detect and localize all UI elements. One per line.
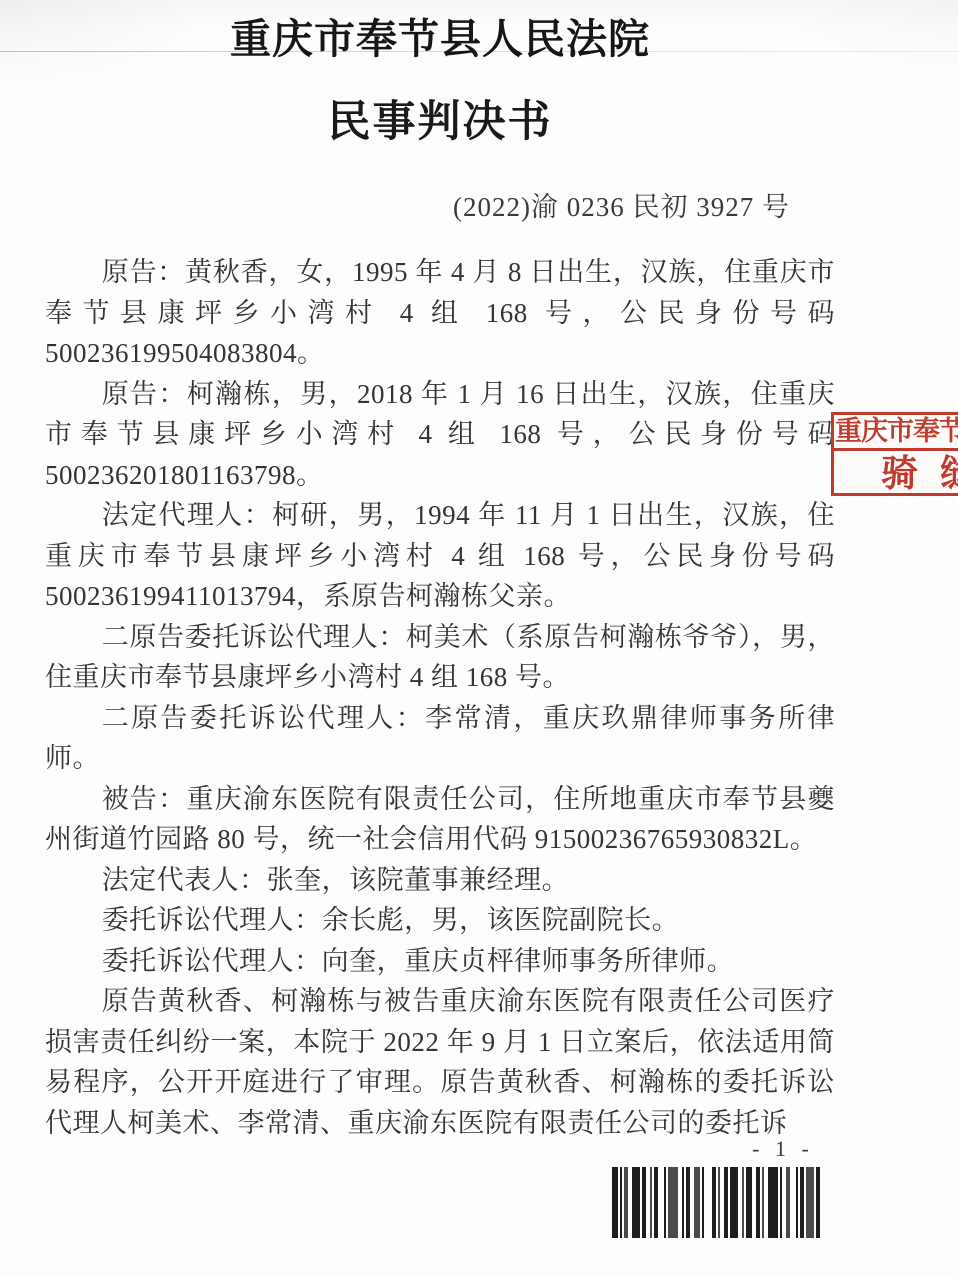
- paragraph: 原告：柯瀚栋，男，2018 年 1 月 16 日出生，汉族，住重庆市奉节县康坪乡…: [45, 374, 835, 496]
- paragraph: 被告：重庆渝东医院有限责任公司，住所地重庆市奉节县夔州街道竹园路 80 号，统一…: [45, 779, 835, 860]
- header: 重庆市奉节县人民法院 民事判决书 (2022)渝 0236 民初 3927 号: [45, 0, 835, 224]
- barcode-bar: [800, 1167, 804, 1238]
- barcode: [612, 1167, 824, 1238]
- barcode-bar: [806, 1167, 814, 1238]
- paragraph: 二原告委托诉讼代理人：柯美术（系原告柯瀚栋爷爷），男，住重庆市奉节县康坪乡小湾村…: [45, 617, 835, 698]
- court-seam-stamp: 重庆市奉节 骑 缝: [831, 412, 958, 496]
- barcode-bar: [768, 1167, 778, 1238]
- paragraph: 法定代理人：柯研，男，1994 年 11 月 1 日出生，汉族，住重庆市奉节县康…: [45, 495, 835, 617]
- barcode-bar: [632, 1167, 640, 1238]
- barcode-bar: [746, 1167, 752, 1238]
- judgment-page: 重庆市奉节县人民法院 民事判决书 (2022)渝 0236 民初 3927 号 …: [0, 0, 958, 1276]
- stamp-bottom-text-left: 骑: [881, 451, 918, 496]
- stamp-bottom-text-right: 缝: [940, 451, 958, 496]
- paragraph: 委托诉讼代理人：向奎，重庆贞枰律师事务所律师。: [45, 941, 835, 982]
- barcode-bar: [724, 1167, 728, 1238]
- paragraph: 二原告委托诉讼代理人：李常清，重庆玖鼎律师事务所律师。: [45, 698, 835, 779]
- barcode-bar: [624, 1167, 628, 1238]
- barcode-bar: [718, 1167, 720, 1238]
- page-number: - 1 -: [738, 1136, 828, 1162]
- barcode-bar: [702, 1167, 704, 1238]
- paragraph: 原告：黄秋香，女，1995 年 4 月 8 日出生，汉族，住重庆市奉节县康坪乡小…: [45, 252, 835, 374]
- barcode-bar: [686, 1167, 690, 1238]
- paragraph: 原告黄秋香、柯瀚栋与被告重庆渝东医院有限责任公司医疗损害责任纠纷一案，本院于 2…: [45, 981, 835, 1143]
- court-name: 重庆市奉节县人民法院: [45, 0, 835, 64]
- stamp-top-text: 重庆市奉节: [834, 415, 958, 451]
- paragraph: 法定代表人：张奎，该院董事兼经理。: [45, 860, 835, 901]
- barcode-bar: [654, 1167, 658, 1238]
- barcode-bar: [620, 1167, 622, 1238]
- document-title: 民事判决书: [45, 64, 835, 148]
- barcode-bar: [650, 1167, 652, 1238]
- case-number: (2022)渝 0236 民初 3927 号: [45, 148, 835, 224]
- barcode-bar: [730, 1167, 738, 1238]
- barcode-bar: [668, 1167, 678, 1238]
- barcode-bar: [816, 1167, 820, 1238]
- barcode-bar: [762, 1167, 764, 1238]
- barcode-bar: [786, 1167, 790, 1238]
- barcode-bar: [694, 1167, 700, 1238]
- barcode-bar: [742, 1167, 744, 1238]
- barcode-bar: [642, 1167, 646, 1238]
- barcode-bar: [664, 1167, 666, 1238]
- barcode-bar: [612, 1167, 618, 1238]
- barcode-bar: [756, 1167, 760, 1238]
- barcode-bar: [780, 1167, 782, 1238]
- barcode-bar: [796, 1167, 798, 1238]
- paragraph: 委托诉讼代理人：余长彪，男，该医院副院长。: [45, 900, 835, 941]
- barcode-bar: [682, 1167, 684, 1238]
- barcode-bar: [712, 1167, 716, 1238]
- body-paragraphs: 原告：黄秋香，女，1995 年 4 月 8 日出生，汉族，住重庆市奉节县康坪乡小…: [45, 252, 835, 1143]
- stamp-bottom-row: 骑 缝: [834, 451, 958, 496]
